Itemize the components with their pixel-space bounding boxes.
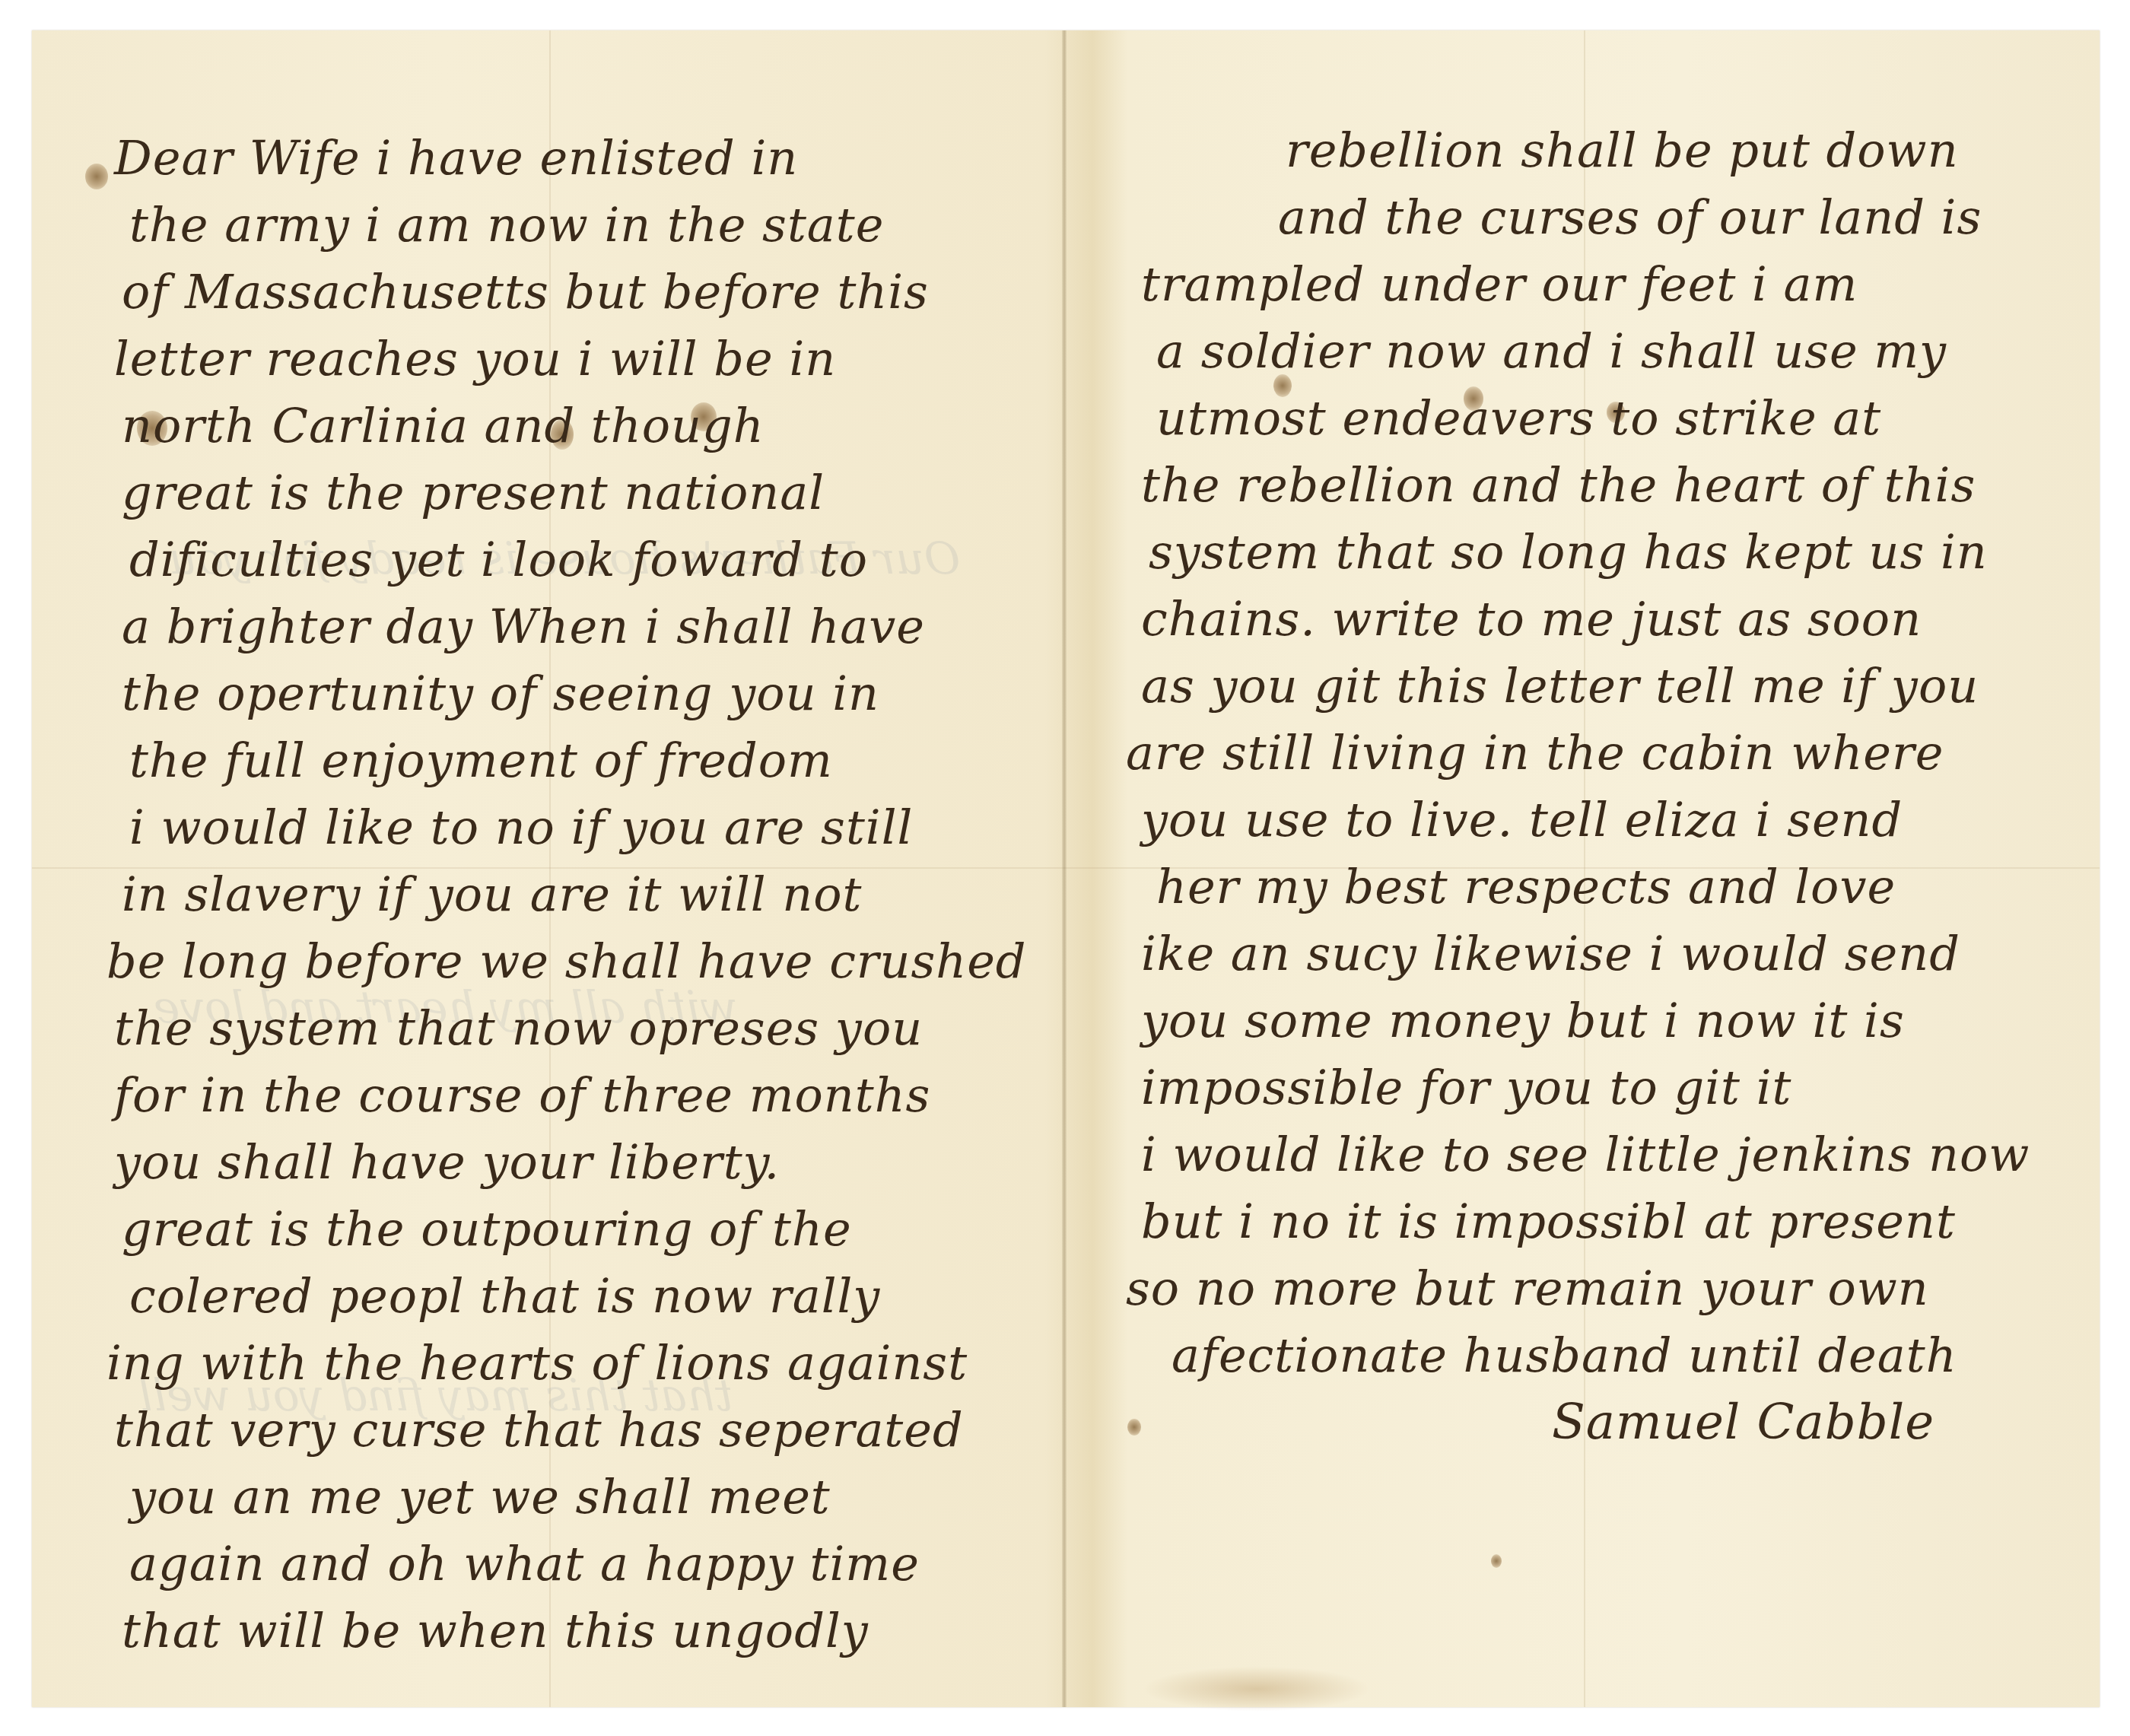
letter-line: you use to live. tell eliza i send (1141, 793, 1903, 847)
letter-line: of Massachusetts but before this (122, 265, 929, 319)
letter-line: her my best respects and love (1156, 860, 1896, 914)
letter-line: dificulties yet i look foward to (129, 533, 868, 587)
letter-line: chains. write to me just as soon (1141, 593, 1922, 646)
letter-line: so no more but remain your own (1126, 1262, 1929, 1315)
letter-line: in slavery if you are it will not (122, 868, 863, 921)
letter-line: a soldier now and i shall use my (1156, 325, 1947, 378)
letter-line: the army i am now in the state (129, 199, 884, 252)
letter-line: great is the outpouring of the (122, 1203, 852, 1256)
letter-line: the opertunity of seeing you in (122, 667, 879, 720)
letter-sheet: Our Father's house is ready for you with… (32, 30, 2100, 1707)
letter-line: but i no it is impossibl at present (1141, 1195, 1956, 1248)
letter-line: the system that now opreses you (114, 1002, 923, 1055)
letter-line: i would like to no if you are still (129, 801, 913, 854)
letter-line: that will be when this ungodly (122, 1604, 869, 1658)
letter-line: north Carlinia and though (122, 399, 765, 453)
letter-line: colered peopl that is now rally (129, 1270, 880, 1323)
letter-line: be long before we shall have crushed (106, 935, 1027, 988)
letter-line: a brighter day When i shall have (122, 600, 925, 653)
right-page: rebellion shall be put down and the curs… (1065, 30, 2100, 1707)
letter-line: you some money but i now it is (1141, 994, 1905, 1048)
letter-line: letter reaches you i will be in (114, 332, 836, 386)
letter-line: again and oh what a happy time (129, 1537, 920, 1591)
letter-line: for in the course of three months (114, 1069, 930, 1122)
letter-line: ike an sucy likewise i would send (1141, 927, 1960, 981)
letter-line: Dear Wife i have enlisted in (114, 132, 798, 185)
letter-line: are still living in the cabin where (1126, 727, 1944, 780)
letter-line: as you git this letter tell me if you (1141, 660, 1979, 713)
signature: Samuel Cabble (1552, 1396, 1934, 1449)
letter-line: afectionate husband until death (1171, 1329, 1957, 1382)
letter-line: system that so long has kept us in (1149, 526, 1988, 579)
letter-line: trampled under our feet i am (1141, 258, 1858, 311)
letter-line: great is the present national (122, 466, 825, 520)
letter-line: the rebellion and the heart of this (1141, 459, 1976, 512)
letter-line: i would like to see little jenkins now (1141, 1128, 2030, 1181)
left-page: Dear Wife i have enlisted in the army i … (32, 30, 1065, 1707)
letter-line: the full enjoyment of fredom (129, 734, 833, 787)
letter-line: ing with the hearts of lions against (106, 1337, 968, 1390)
letter-line: rebellion shall be put down (1286, 124, 1959, 177)
letter-line: that very curse that has seperated (114, 1404, 964, 1457)
letter-line: you an me yet we shall meet (129, 1471, 831, 1524)
letter-line: impossible for you to git it (1141, 1061, 1791, 1114)
letter-line: and the curses of our land is (1278, 191, 1982, 244)
letter-line: utmost endeavers to strike at (1156, 392, 1881, 445)
letter-line: you shall have your liberty. (114, 1136, 780, 1189)
